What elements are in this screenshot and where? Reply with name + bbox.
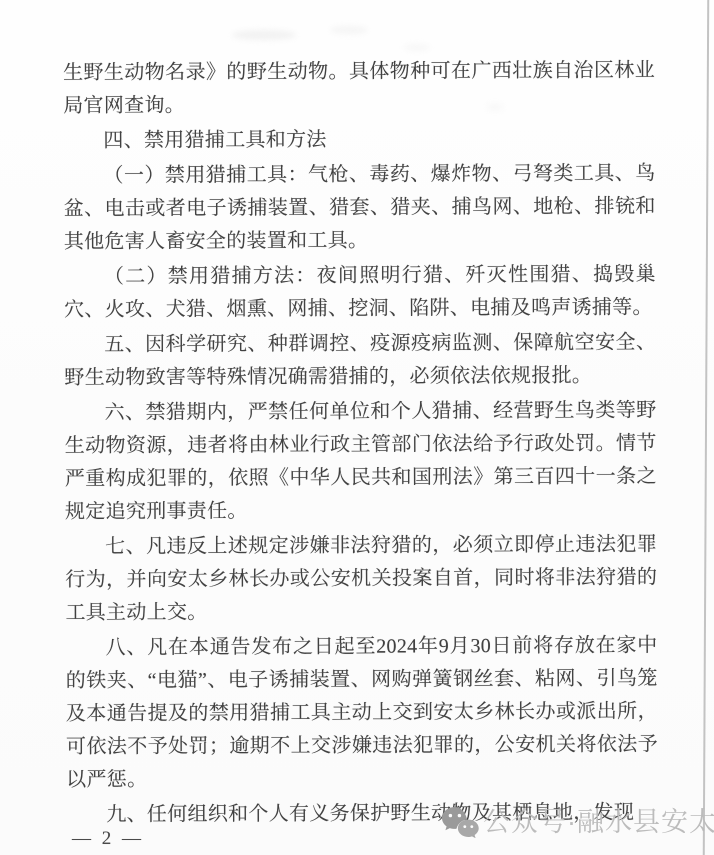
paragraph-section-4-item-1: （一）禁用猎捕工具：气枪、毒药、爆炸物、弓弩类工具、鸟盆、电击或者电子诱捕装置、…: [63, 157, 655, 259]
heading-section-4: 四、禁用猎捕工具和方法: [63, 122, 655, 158]
paragraph-section-4-item-2: （二）禁用猎捕方法：夜间照明行猎、歼灭性围猎、捣毁巢穴、火攻、犬猎、烟熏、网捕、…: [64, 258, 656, 327]
paragraph-section-8: 八、凡在本通告发布之日起至2024年9月30日前将存放在家中的铁夹、“电猫”、电…: [66, 629, 659, 797]
paragraph-continuation: 生野生动物名录》的野生动物。具体物种可在广西壮族自治区林业局官网查询。: [63, 54, 655, 123]
scan-artifact: [232, 30, 296, 40]
wechat-icon: [441, 806, 479, 838]
document-body: 生野生动物名录》的野生动物。具体物种可在广西壮族自治区林业局官网查询。 四、禁用…: [63, 54, 658, 834]
paragraph-section-6: 六、禁猎期内，严禁任何单位和个人猎捕、经营野生鸟类等野生动物资源，违者将由林业行…: [64, 394, 657, 529]
paragraph-section-5: 五、因科学研究、种群调控、疫源疫病监测、保障航空安全、野生动物致害等特殊情况确需…: [64, 326, 656, 395]
paragraph-section-7: 七、凡违反上述规定涉嫌非法狩猎的，必须立即停止违法犯罪行为，并向安太乡林长办或公…: [65, 528, 657, 630]
scan-artifact: [330, 26, 368, 34]
watermark-text: 公众号·融水县安太乡: [483, 806, 714, 838]
scan-artifact: [404, 44, 430, 51]
scan-edge-line: [703, 0, 710, 855]
scanned-document-page: 生野生动物名录》的野生动物。具体物种可在广西壮族自治区林业局官网查询。 四、禁用…: [0, 0, 714, 855]
page-number: — 2 —: [72, 828, 144, 850]
watermark: 公众号·融水县安太乡: [441, 806, 714, 838]
